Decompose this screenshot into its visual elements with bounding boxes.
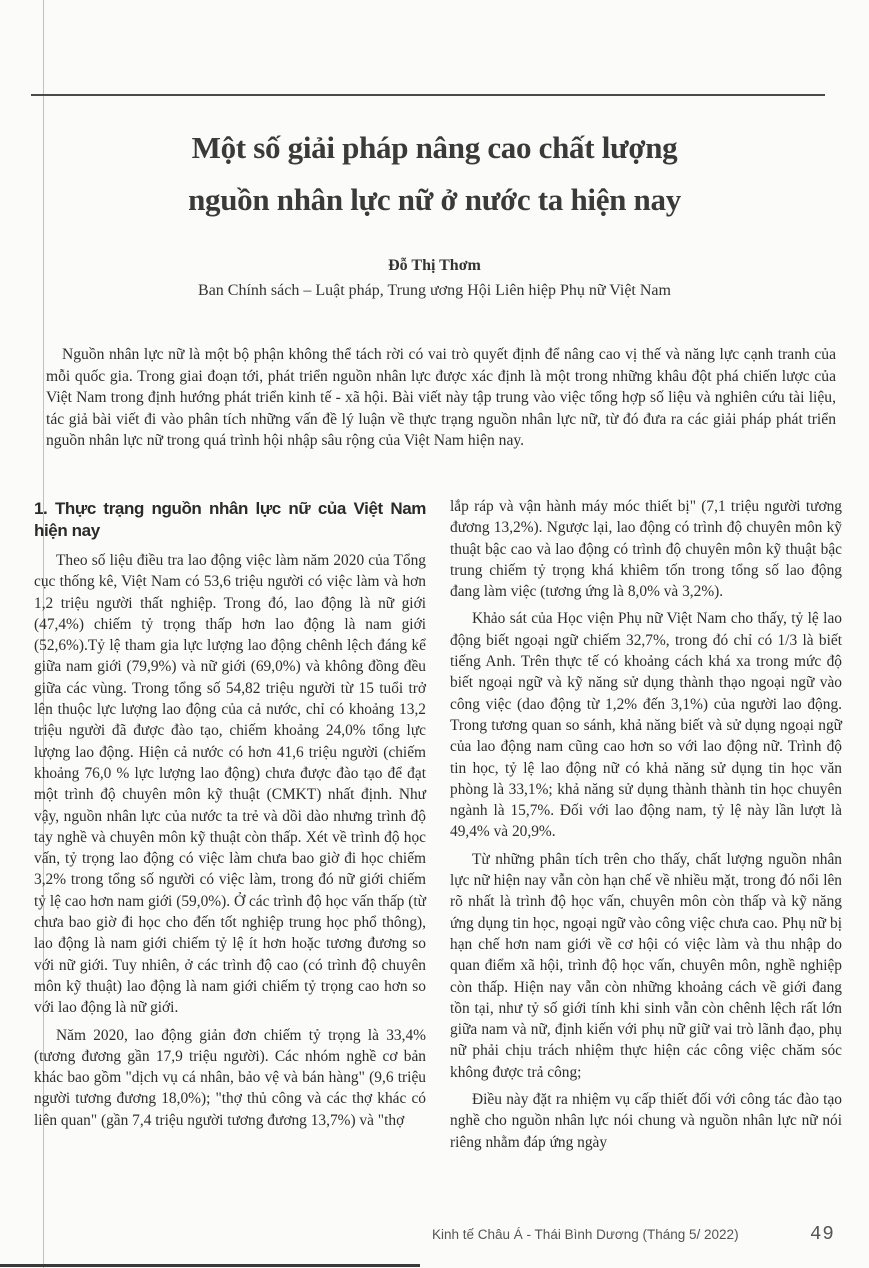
abstract: Nguồn nhân lực nữ là một bộ phận không t… xyxy=(46,344,836,452)
title-line-1: Một số giải pháp nâng cao chất lượng xyxy=(0,122,869,174)
footer-rule xyxy=(0,1264,420,1267)
article-title: Một số giải pháp nâng cao chất lượng ngu… xyxy=(0,122,869,226)
body-paragraph: Điều này đặt ra nhiệm vụ cấp thiết đối v… xyxy=(450,1089,842,1153)
section-heading: 1. Thực trạng nguồn nhân lực nữ của Việt… xyxy=(34,498,426,542)
title-line-2: nguồn nhân lực nữ ở nước ta hiện nay xyxy=(0,174,869,226)
left-column: 1. Thực trạng nguồn nhân lực nữ của Việt… xyxy=(34,498,426,1137)
body-paragraph: Từ những phân tích trên cho thấy, chất l… xyxy=(450,849,842,1083)
author-name: Đỗ Thị Thơm xyxy=(0,257,869,275)
page-number: 49 xyxy=(810,1223,835,1245)
body-paragraph: lắp ráp và vận hành máy móc thiết bị" (7… xyxy=(450,496,842,602)
body-paragraph: Theo số liệu điều tra lao động việc làm … xyxy=(34,550,426,1019)
body-paragraph: Năm 2020, lao động giản đơn chiếm tỷ trọ… xyxy=(34,1025,426,1131)
header-rule xyxy=(31,94,825,96)
body-paragraph: Khảo sát của Học viện Phụ nữ Việt Nam ch… xyxy=(450,608,842,842)
journal-footer: Kinh tế Châu Á - Thái Bình Dương (Tháng … xyxy=(432,1227,739,1242)
author-affiliation: Ban Chính sách – Luật pháp, Trung ương H… xyxy=(0,282,869,300)
right-column: lắp ráp và vận hành máy móc thiết bị" (7… xyxy=(450,496,842,1159)
